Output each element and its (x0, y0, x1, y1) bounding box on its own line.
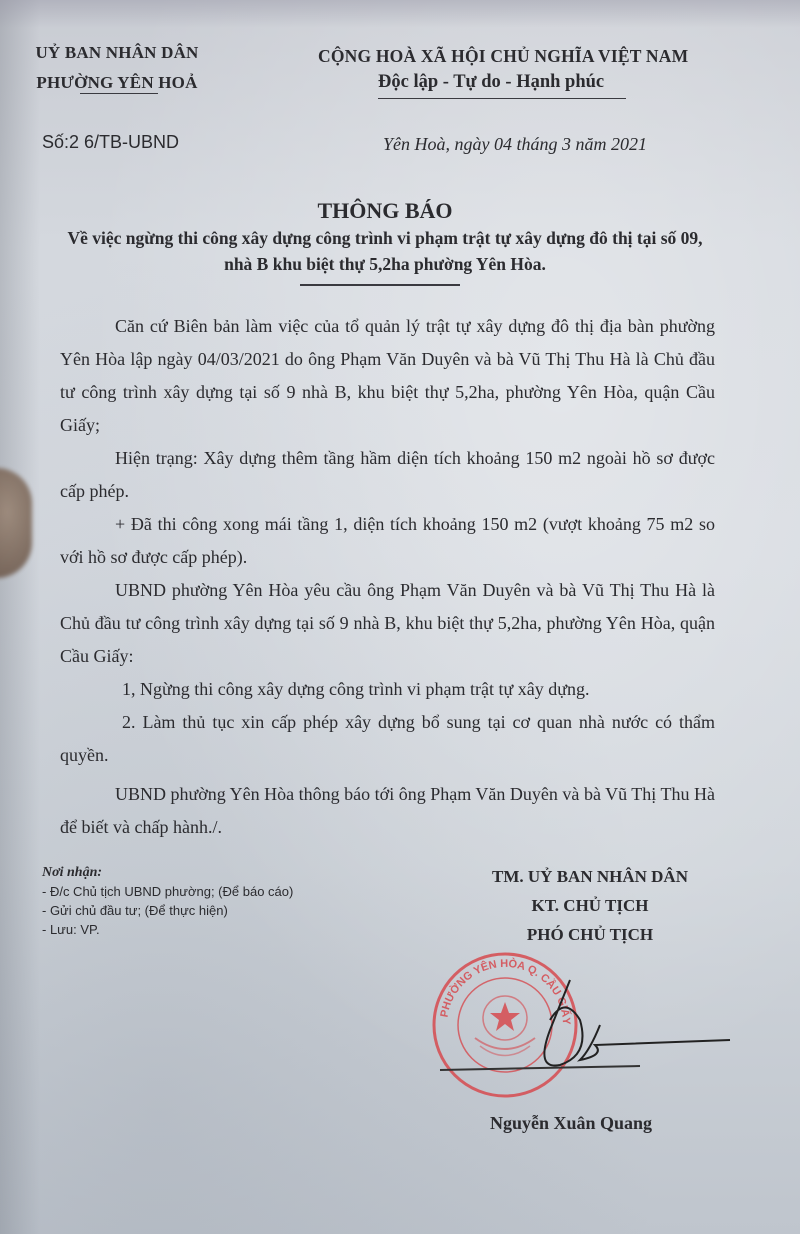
signer-name: Nguyễn Xuân Quang (490, 1113, 652, 1134)
signature-line2: KT. CHỦ TỊCH (440, 891, 740, 920)
issuing-authority: UỶ BAN NHÂN DÂN PHƯỜNG YÊN HOẢ (28, 38, 206, 98)
recipient-item: - Đ/c Chủ tịch UBND phường; (Để báo cáo) (42, 882, 293, 901)
handwritten-signature-icon (430, 960, 750, 1080)
paragraph-current-state: Hiện trạng: Xây dựng thêm tầng hầm diện … (60, 442, 715, 508)
top-shadow (0, 0, 800, 28)
document-subtitle: Về việc ngừng thi công xây dựng công trì… (0, 225, 770, 277)
nation-name: CỘNG HOÀ XÃ HỘI CHỦ NGHĨA VIỆT NAM (318, 46, 688, 67)
paragraph-conclusion: UBND phường Yên Hòa thông báo tới ông Ph… (60, 778, 715, 844)
document-body: Căn cứ Biên bản làm việc của tổ quản lý … (60, 310, 715, 844)
title-underline (300, 284, 460, 286)
recipient-item: - Gửi chủ đầu tư; (Để thực hiện) (42, 901, 293, 920)
paragraph-item-2: 2. Làm thủ tục xin cấp phép xây dựng bổ … (60, 706, 715, 772)
document-number: Số:2 6/TB-UBND (42, 132, 179, 153)
authority-line1: UỶ BAN NHÂN DÂN (28, 38, 206, 68)
paragraph-item-1: 1, Ngừng thi công xây dựng công trình vi… (60, 673, 715, 706)
authority-underline (80, 93, 158, 94)
paragraph-roof: + Đã thi công xong mái tầng 1, diện tích… (60, 508, 715, 574)
signature-line3: PHÓ CHỦ TỊCH (440, 920, 740, 949)
recipients-block: Nơi nhận: - Đ/c Chủ tịch UBND phường; (Đ… (42, 863, 293, 939)
document-title: THÔNG BÁO (0, 198, 770, 224)
subtitle-text: Về việc ngừng thi công xây dựng công trì… (65, 225, 705, 277)
recipients-label: Nơi nhận: (42, 863, 293, 882)
paragraph-request: UBND phường Yên Hòa yêu cầu ông Phạm Văn… (60, 574, 715, 673)
motto-underline (378, 98, 626, 99)
date-line: Yên Hoà, ngày 04 tháng 3 năm 2021 (383, 134, 647, 155)
paragraph-basis: Căn cứ Biên bản làm việc của tổ quản lý … (60, 310, 715, 442)
national-motto: Độc lập - Tự do - Hạnh phúc (378, 72, 604, 93)
signature-title-block: TM. UỶ BAN NHÂN DÂN KT. CHỦ TỊCH PHÓ CHỦ… (440, 862, 740, 949)
signature-line1: TM. UỶ BAN NHÂN DÂN (440, 862, 740, 891)
recipient-item: - Lưu: VP. (42, 920, 293, 939)
